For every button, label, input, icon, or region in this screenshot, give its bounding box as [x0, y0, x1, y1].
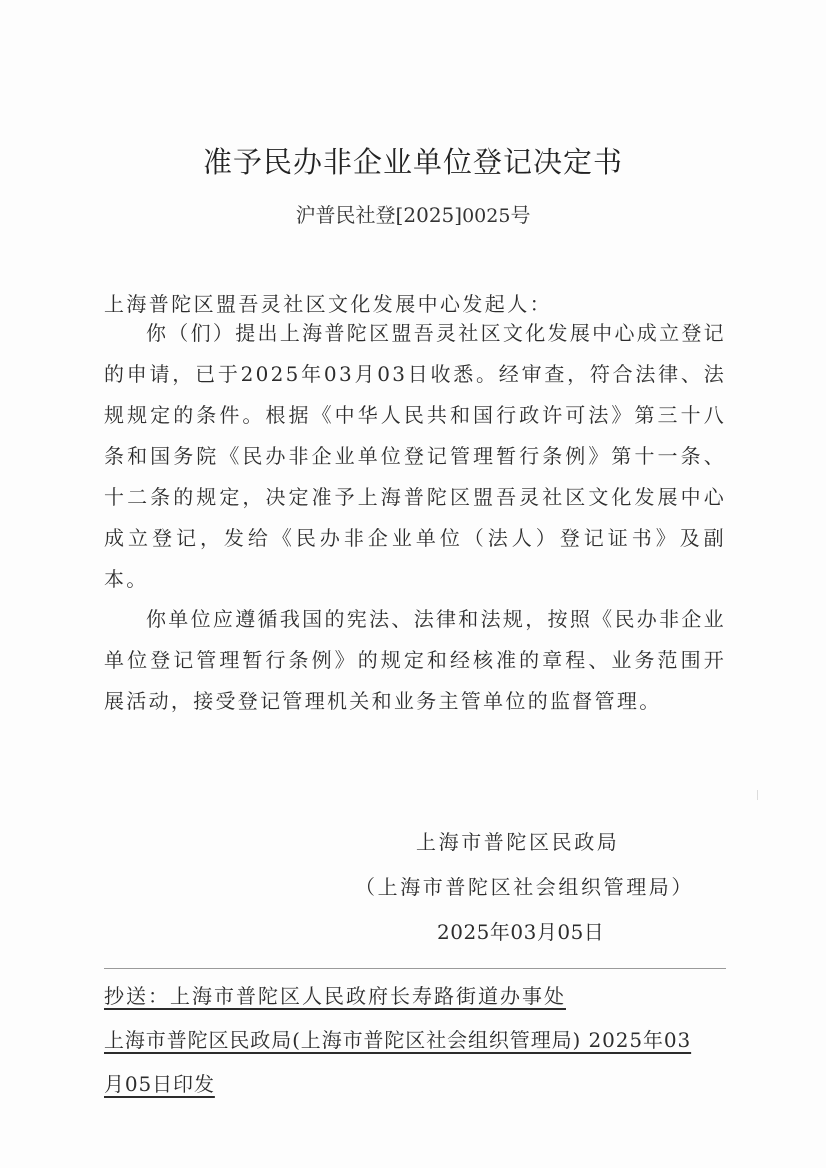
document-number-serial: 0025 — [462, 205, 510, 227]
signature-date: 2025年03月05日 — [437, 916, 604, 945]
footer-divider — [104, 968, 726, 969]
body-paragraph-obligations: 你单位应遵循我国的宪法、法律和法规，按照《民办非企业单位登记管理暂行条例》的规定… — [104, 599, 726, 722]
document-number: 沪普民社登[2025]0025号 — [0, 199, 826, 228]
signature-sub-organization: （上海市普陀区社会组织管理局） — [355, 871, 694, 900]
footer-issuer-line-1: 上海市普陀区民政局(上海市普陀区社会组织管理局) 2025年03 — [104, 1024, 691, 1053]
document-number-suffix: 号 — [510, 203, 530, 227]
document-page: 准予民办非企业单位登记决定书 沪普民社登[2025]0025号 上海普陀区盟吾灵… — [0, 0, 826, 1168]
footer-cc-line: 抄送：上海市普陀区人民政府长寿路街道办事处 — [104, 980, 566, 1009]
footer-issuer-line-2: 月05日印发 — [104, 1068, 215, 1097]
body-paragraph-decision: 你（们）提出上海普陀区盟吾灵社区文化发展中心成立登记的申请，已于2025年03月… — [104, 313, 726, 600]
document-title: 准予民办非企业单位登记决定书 — [0, 140, 826, 181]
signature-organization: 上海市普陀区民政局 — [416, 826, 619, 855]
document-number-prefix: 沪普民社登[2025] — [296, 203, 463, 227]
scan-artifact — [757, 790, 758, 800]
